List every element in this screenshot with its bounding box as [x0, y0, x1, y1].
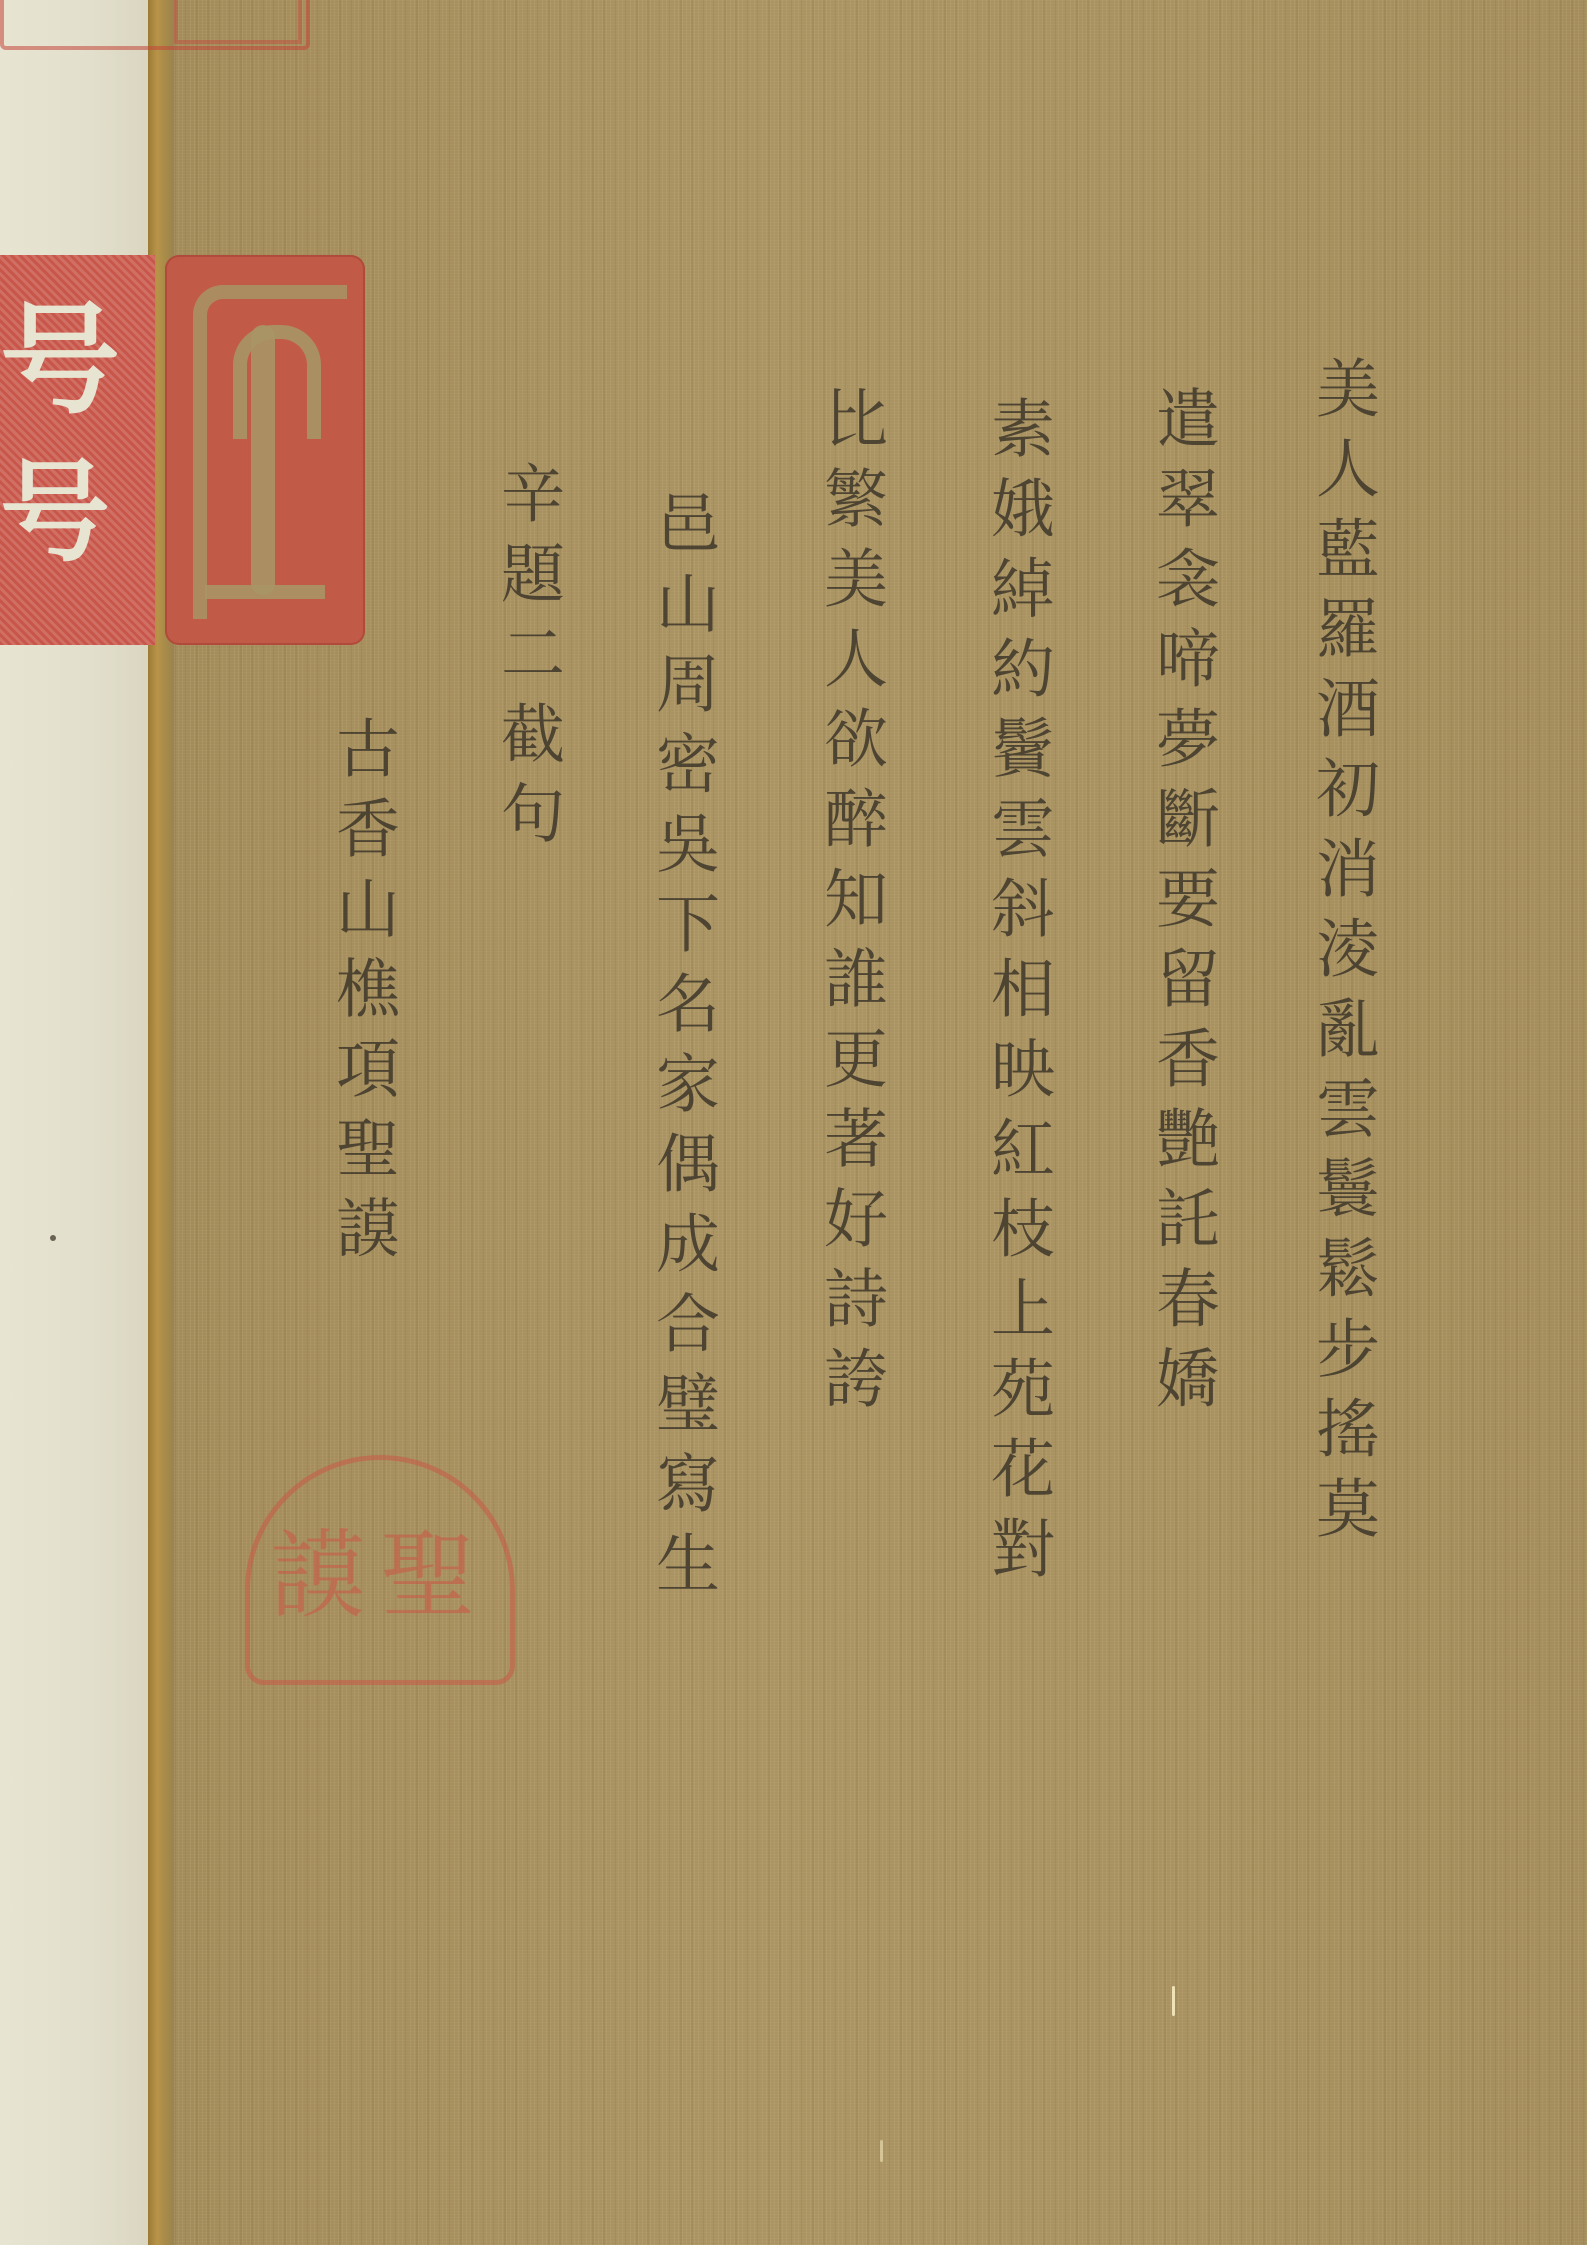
inscription-column-5: 邑山周密吳下名家偶成合璧寫生 — [650, 490, 714, 1610]
inscription-column-2: 遣翠衾啼夢斷要留香艷託春嬌 — [1150, 385, 1214, 1425]
inscription-column-6: 辛題二截句 — [495, 460, 559, 860]
seal-loop-stroke — [233, 325, 321, 439]
seal-glyph-2: 号 — [0, 425, 110, 583]
seal-top-inner-frame — [174, 0, 302, 44]
seal-top-partial — [0, 0, 310, 50]
inscription-column-1: 美人藍羅酒初消淩亂雲鬟鬆步搖莫 — [1310, 355, 1374, 1555]
seal-signature-char-1: 謨 — [270, 1500, 366, 1637]
mount-speck — [50, 1235, 56, 1241]
silk-speck — [1172, 1986, 1175, 2016]
inscription-column-3: 素娥綽約鬢雲斜相映紅枝上苑花對 — [985, 395, 1049, 1595]
seal-vertical-stroke — [251, 325, 275, 595]
seal-red-relief — [165, 255, 365, 645]
seal-base-stroke — [205, 585, 325, 599]
inscription-column-4: 比繁美人欲醉知誰更著好詩誇 — [818, 385, 882, 1425]
seal-left-large-intaglio: 号 号 — [0, 255, 155, 645]
silk-speck — [880, 2140, 883, 2162]
seal-glyph: 号 — [0, 265, 120, 437]
inscription-column-7-signature: 古香山樵項聖謨 — [330, 715, 394, 1275]
seal-signature-char-2: 聖 — [380, 1500, 476, 1637]
